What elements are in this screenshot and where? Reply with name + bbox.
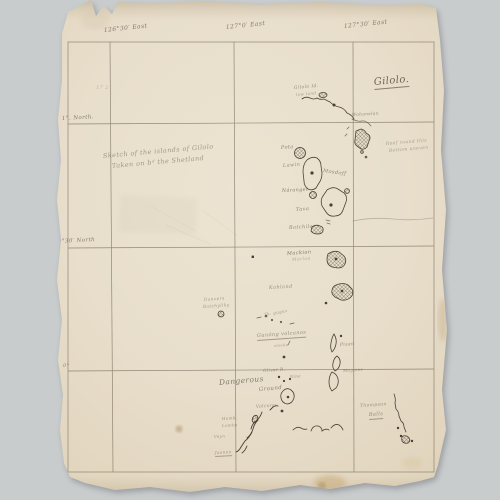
map-label: smoke xyxy=(274,343,289,348)
map-label: 1°. North. xyxy=(62,115,94,122)
scan-background: 126°30′ East127°0′ East127°30′ East1°. N… xyxy=(0,0,500,500)
map-label: Balls xyxy=(369,412,384,420)
paper-shadow-wrap: 126°30′ East127°0′ East127°30′ East1°. N… xyxy=(0,0,500,500)
map-label: Hamb. xyxy=(222,416,238,421)
map-label: 127°30′ East xyxy=(344,19,388,30)
map-label: low land xyxy=(296,91,317,97)
map-label: Bottom uneven xyxy=(389,147,429,155)
map-label: 0° xyxy=(63,364,69,369)
map-label: 126°30′ East xyxy=(104,23,148,34)
map-label: Morlan xyxy=(292,258,311,264)
map-label: Lombe xyxy=(222,423,238,428)
map-label: Gilolo. xyxy=(373,75,409,90)
map-label: Volcano xyxy=(256,404,277,410)
map-label: Batchyliky xyxy=(203,304,230,310)
map-label: Pisan xyxy=(340,343,355,348)
map-label: Veyn xyxy=(214,434,226,439)
map-label: Juanna xyxy=(215,450,232,457)
map-label: Oliver B. xyxy=(263,367,286,373)
map-label: Nine xyxy=(290,374,301,379)
map-label: Thompson xyxy=(360,403,387,409)
map-label: Tava xyxy=(296,207,310,213)
map-paper: 126°30′ East127°0′ East127°30′ East1°. N… xyxy=(0,0,500,500)
map-label: Magpies xyxy=(343,368,363,373)
map-label: Ground xyxy=(259,386,283,394)
map-label: Kahland xyxy=(269,285,293,291)
map-label: Gunóng volcanos xyxy=(257,331,307,341)
map-label: 0°30′ North xyxy=(58,238,95,245)
map-label: Lawin xyxy=(283,163,301,169)
map-label: Pota xyxy=(281,145,294,151)
map-labels: 126°30′ East127°0′ East127°30′ East1°. N… xyxy=(0,0,500,500)
map-label: Th. gugus xyxy=(264,309,288,317)
map-label: Batchila xyxy=(289,225,313,231)
map-label: 17 2 xyxy=(96,86,109,91)
map-label: Dangerous xyxy=(219,375,264,386)
map-label: 127°0′ East xyxy=(226,21,266,31)
map-label: Náranget xyxy=(282,189,309,195)
map-label: Danvers xyxy=(204,298,225,304)
map-label: Mosdoff xyxy=(323,169,347,177)
map-label: Wahanelan xyxy=(352,112,379,118)
